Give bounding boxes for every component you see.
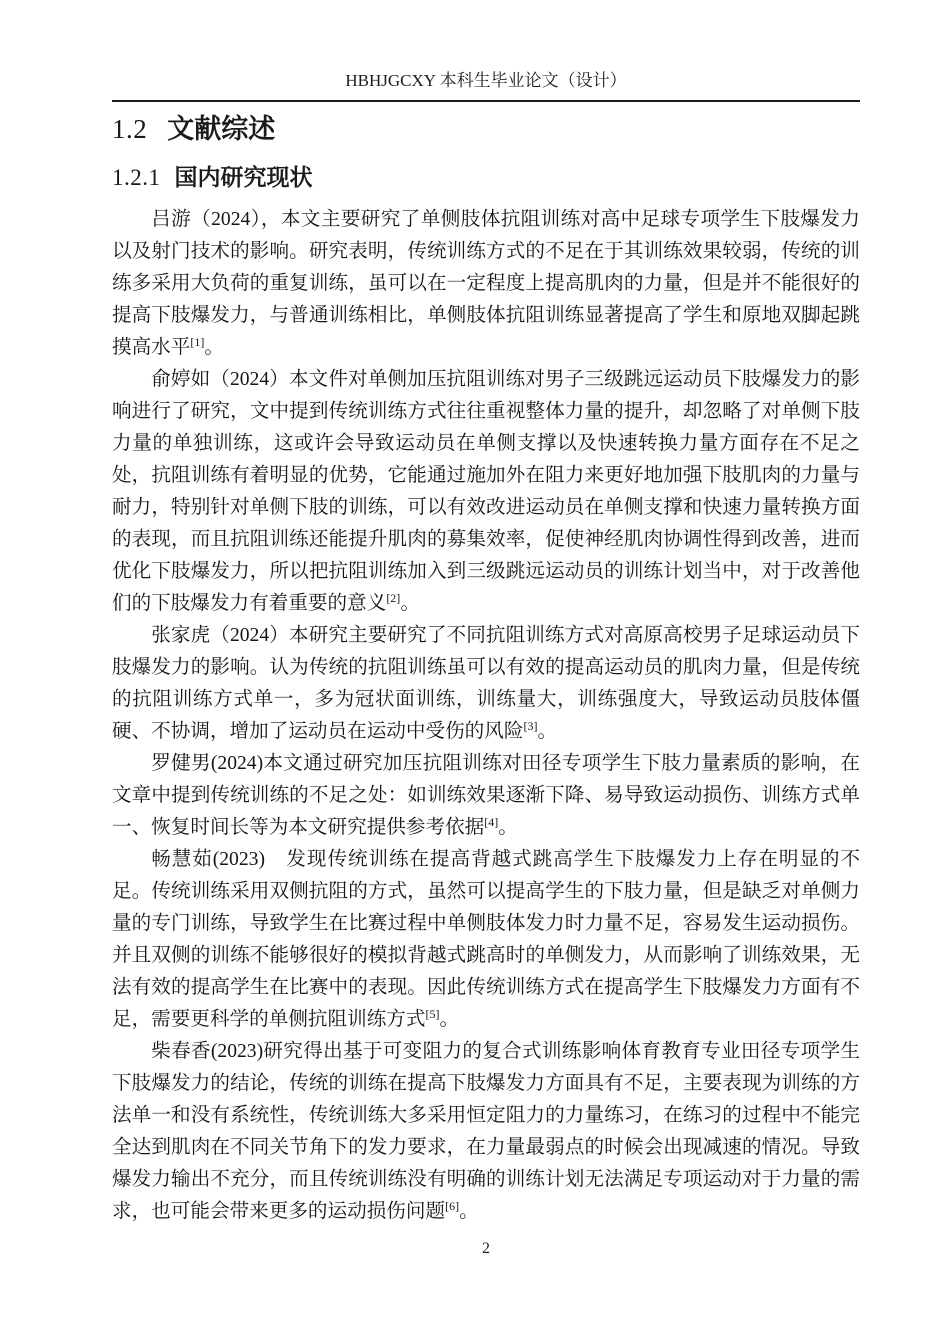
paragraph-6-text: 柴春香(2023)研究得出基于可变阻力的复合式训练影响体育教育专业田径专项学生下…	[112, 1041, 860, 1222]
paragraph-2-tail: 。	[400, 593, 420, 614]
paragraph-1-tail: 。	[204, 337, 224, 358]
citation-ref-6: [6]	[445, 1199, 459, 1213]
page-number: 2	[482, 1240, 490, 1257]
subsection-heading: 1.2.1国内研究现状	[112, 166, 313, 189]
subsection-title: 国内研究现状	[175, 164, 313, 190]
paragraph-4-tail: 。	[498, 817, 518, 838]
citation-ref-2: [2]	[386, 591, 400, 605]
paragraph-6: 柴春香(2023)研究得出基于可变阻力的复合式训练影响体育教育专业田径专项学生下…	[112, 1036, 860, 1228]
page-content: 1.2文献综述 1.2.1国内研究现状 吕游（2024），本文主要研究了单侧肢体…	[112, 0, 860, 1344]
paragraph-6-tail: 。	[459, 1201, 479, 1222]
paragraph-5-tail: 。	[440, 1009, 460, 1030]
paragraph-5-text: 畅慧茹(2023) 发现传统训练在提高背越式跳高学生下肢爆发力上存在明显的不足。…	[112, 849, 860, 1030]
document-page: HBHJGCXY 本科生毕业论文（设计） 1.2文献综述 1.2.1国内研究现状…	[0, 0, 950, 1344]
citation-ref-4: [4]	[484, 815, 498, 829]
section-title: 文献综述	[167, 114, 275, 144]
paragraph-1: 吕游（2024），本文主要研究了单侧肢体抗阻训练对高中足球专项学生下肢爆发力以及…	[112, 204, 860, 364]
paragraph-2-text: 俞婷如（2024）本文件对单侧加压抗阻训练对男子三级跳远运动员下肢爆发力的影响进…	[112, 369, 860, 614]
citation-ref-5: [5]	[426, 1007, 440, 1021]
citation-ref-3: [3]	[523, 719, 537, 733]
subsection-number: 1.2.1	[112, 165, 161, 190]
paragraph-5: 畅慧茹(2023) 发现传统训练在提高背越式跳高学生下肢爆发力上存在明显的不足。…	[112, 844, 860, 1036]
page-footer: 2	[112, 1240, 860, 1258]
paragraph-4: 罗健男(2024)本文通过研究加压抗阻训练对田径专项学生下肢力量素质的影响，在文…	[112, 748, 860, 844]
section-number: 1.2	[112, 114, 147, 144]
paragraph-3: 张家虎（2024）本研究主要研究了不同抗阻训练方式对高原高校男子足球运动员下肢爆…	[112, 620, 860, 748]
citation-ref-1: [1]	[190, 335, 204, 349]
paragraph-1-text: 吕游（2024），本文主要研究了单侧肢体抗阻训练对高中足球专项学生下肢爆发力以及…	[112, 209, 860, 358]
paragraph-3-text: 张家虎（2024）本研究主要研究了不同抗阻训练方式对高原高校男子足球运动员下肢爆…	[112, 625, 860, 742]
section-heading: 1.2文献综述	[112, 116, 275, 143]
body-text: 吕游（2024），本文主要研究了单侧肢体抗阻训练对高中足球专项学生下肢爆发力以及…	[112, 204, 860, 1228]
paragraph-2: 俞婷如（2024）本文件对单侧加压抗阻训练对男子三级跳远运动员下肢爆发力的影响进…	[112, 364, 860, 620]
paragraph-3-tail: 。	[537, 721, 557, 742]
